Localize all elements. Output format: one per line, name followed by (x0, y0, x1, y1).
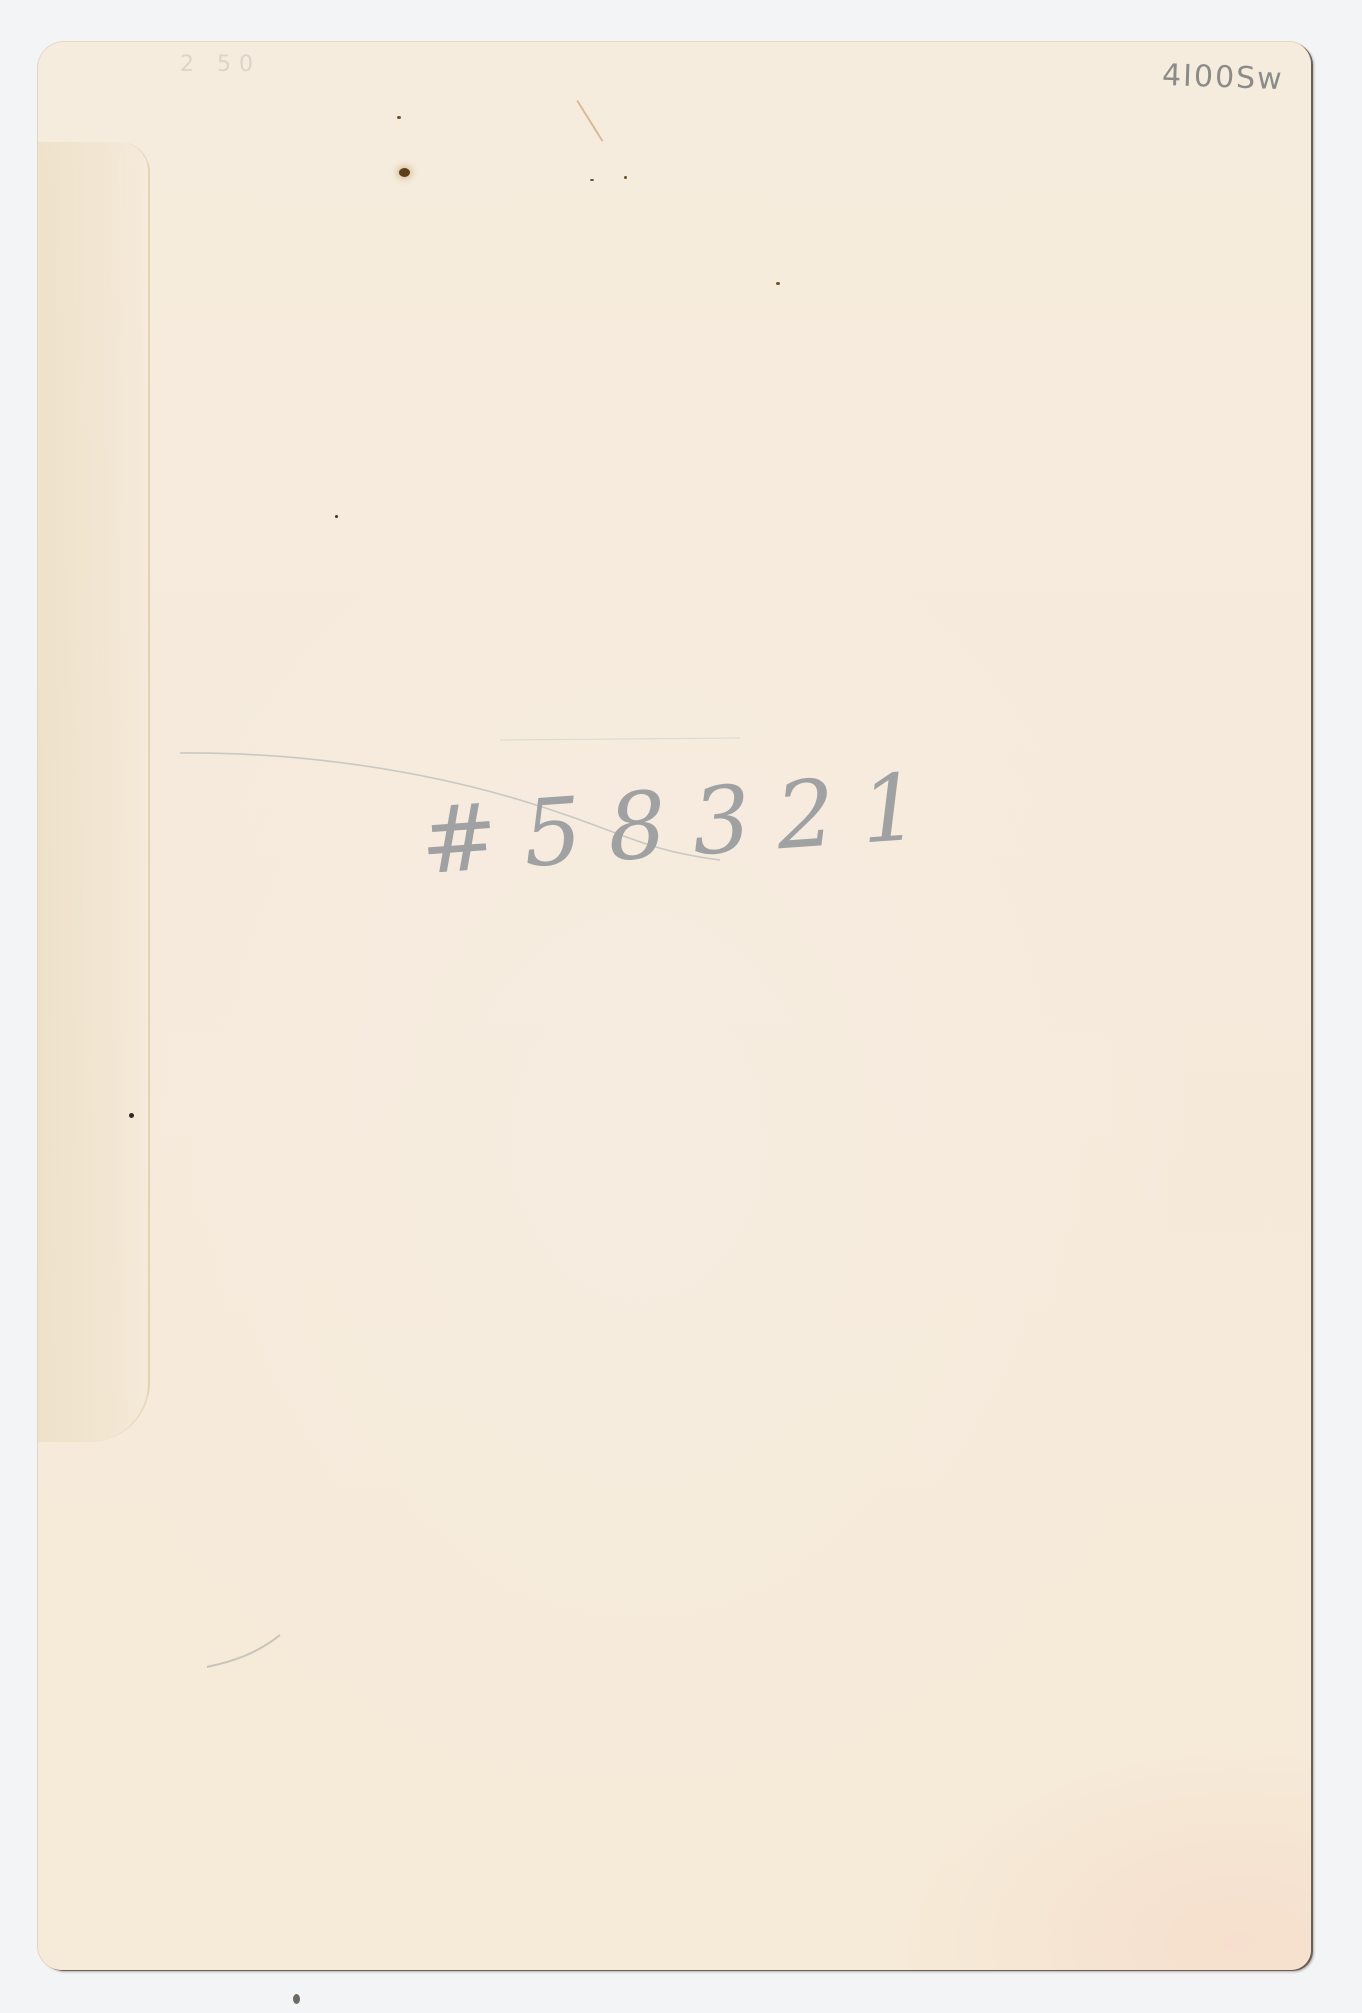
stain-spot (399, 168, 410, 177)
stain-speck (624, 176, 627, 179)
stain-speck (293, 1994, 300, 2004)
stain-speck (590, 179, 594, 181)
stain-speck (335, 515, 338, 518)
stain-speck (776, 282, 780, 285)
cabinet-card-back (38, 42, 1311, 1970)
faint-erased-note: 2 50 (180, 52, 261, 77)
stain-speck (397, 116, 401, 119)
stain-speck (129, 1113, 134, 1118)
water-stain (38, 142, 150, 1442)
inventory-code-note: 4I00Sw (1162, 58, 1285, 97)
